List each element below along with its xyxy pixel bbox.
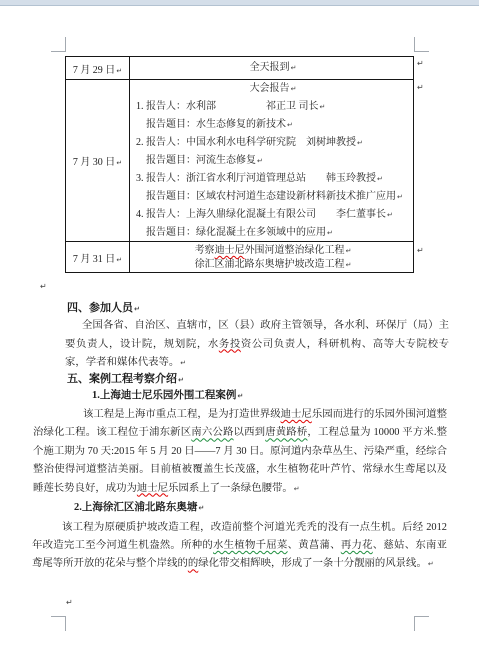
text-segment: 报告题目：区域农村河道生态建设新材料新技术推广应用 (136, 191, 396, 202)
case2-heading: 2.上海徐汇区浦北路东奥塘 (74, 501, 204, 515)
date-cell: 7 月 31 日 (66, 242, 130, 272)
case1-heading: 1.上海迪士尼乐园外围工程案例 (92, 389, 243, 403)
schedule-table: 7 月 29 日全天报到7 月 30 日大会报告1. 报告人：水利部 祁正卫 司… (65, 56, 414, 273)
text-segment: 4. 报告人：上海久鼎绿化混凝土有限公司 李仁董事长 (136, 209, 386, 220)
case1-paragraph: 该工程是上海市重点工程，是为打造世界级迪士尼乐园而进行的乐园外围河道整治绿化工程… (33, 406, 447, 498)
text-segment: 3. 报告人：浙江省水利厅河道管理总站 韩玉玲教授 (136, 173, 376, 184)
schedule-row: 7 月 29 日全天报到 (66, 57, 413, 79)
text-segment: 水生植物千屈菜 (213, 540, 288, 551)
text-segment: 大会报告 (250, 83, 290, 94)
text-segment: 、黄菖蒲、 (288, 540, 341, 551)
margin-corner-mark (51, 37, 66, 52)
text-segment: 迪士尼 (137, 483, 168, 494)
text-segment: 1. 报告人：水利部 祁正卫 司长 (136, 101, 319, 112)
content-cell: 大会报告1. 报告人：水利部 祁正卫 司长 报告题目：水生态修复的新技术2. 报… (130, 80, 413, 241)
text-segment: 绿化带交相辉映，形成了一条十分靓丽的风景线。 (198, 558, 427, 569)
schedule-line: 全天报到 (136, 57, 410, 79)
row-end-mark (417, 53, 424, 71)
schedule-line: 考察迪士尼外围河道整治绿化工程 (136, 244, 410, 258)
text-segment: 徐汇区浦北路东奥塘护坡改造工程 (195, 259, 345, 270)
date-label: 7 月 30 日 (73, 153, 122, 168)
date-cell: 7 月 29 日 (66, 57, 130, 79)
schedule-line: 报告题目：区域农村河道生态建设新材料新技术推广应用 (136, 188, 410, 206)
text-segment: 考察 (195, 245, 215, 256)
window-top-edge (0, 0, 479, 6)
schedule-line: 报告题目：绿化混凝土在多领域中的应用 (136, 224, 410, 242)
text-segment: 乐园系上了一条绿色腰带。 (168, 483, 293, 494)
text-segment: 务投 (219, 339, 241, 350)
date-label: 7 月 29 日 (73, 61, 122, 76)
text-segment: 迪士尼 (215, 245, 245, 256)
section5-heading: 五、案例工程考察介绍 (67, 372, 184, 387)
margin-corner-mark (414, 37, 429, 52)
text-segment: 迪士尼 (281, 409, 312, 420)
schedule-line: 3. 报告人：浙江省水利厅河道管理总站 韩玉玲教授 (136, 170, 410, 188)
margin-corner-mark (51, 616, 66, 631)
schedule-line: 2. 报告人：中国水利水电科学研究院 刘树坤教授 (136, 134, 410, 152)
text-segment: 南六公路 (191, 427, 233, 438)
schedule-line: 4. 报告人：上海久鼎绿化混凝土有限公司 李仁董事长 (136, 206, 410, 224)
row-end-mark (417, 77, 424, 95)
text-segment: 以西到 (234, 427, 266, 438)
schedule-line: 报告题目：河流生态修复 (136, 152, 410, 170)
date-cell: 7 月 30 日 (66, 80, 130, 241)
document-page: 7 月 29 日全天报到7 月 30 日大会报告1. 报告人：水利部 祁正卫 司… (0, 0, 479, 672)
margin-corner-mark (414, 616, 429, 631)
content-cell: 考察迪士尼外围河道整治绿化工程徐汇区浦北路东奥塘护坡改造工程 (130, 242, 413, 272)
schedule-row: 7 月 30 日大会报告1. 报告人：水利部 祁正卫 司长 报告题目：水生态修复… (66, 79, 413, 241)
text-segment: 报告题目：水生态修复的新技术 (136, 119, 286, 130)
row-end-mark (417, 240, 424, 258)
content-cell: 全天报到 (130, 57, 413, 79)
text-segment: 报告题目：绿化混凝土在多领域中的应用 (136, 227, 326, 238)
paragraph-mark (66, 592, 73, 610)
section4-paragraph: 全国各省、自治区、直辖市，区（县）政府主管领导，各水利、环保厅（局）主要负责人，… (65, 317, 449, 373)
text-segment: 2. 报告人：中国水利水电科学研究院 刘树坤教授 (136, 137, 356, 148)
text-segment: 唐黄路桥 (265, 427, 307, 438)
text-segment: 该工程是上海市重点工程，是为打造世界级 (83, 409, 281, 420)
text-segment: 的 (188, 558, 198, 569)
schedule-line: 徐汇区浦北路东奥塘护坡改造工程 (136, 258, 410, 272)
date-label: 7 月 31 日 (73, 250, 122, 265)
text-segment: 全天报到 (250, 62, 290, 73)
text-segment: 报告题目：河流生态修复 (136, 155, 256, 166)
text-segment: 再力花 (341, 540, 373, 551)
schedule-line: 1. 报告人：水利部 祁正卫 司长 (136, 98, 410, 116)
schedule-line: 大会报告 (136, 80, 410, 98)
schedule-line: 报告题目：水生态修复的新技术 (136, 116, 410, 134)
paragraph-mark (40, 276, 47, 294)
text-segment: 外围河道整治绿化工程 (245, 245, 345, 256)
section4-heading: 四、参加人员 (67, 301, 140, 316)
schedule-row: 7 月 31 日考察迪士尼外围河道整治绿化工程徐汇区浦北路东奥塘护坡改造工程 (66, 241, 413, 272)
case2-paragraph: 该工程为原硬质护坡改造工程，改造前整个河道光秃秃的没有一点生机。后经 2012 … (32, 519, 447, 574)
